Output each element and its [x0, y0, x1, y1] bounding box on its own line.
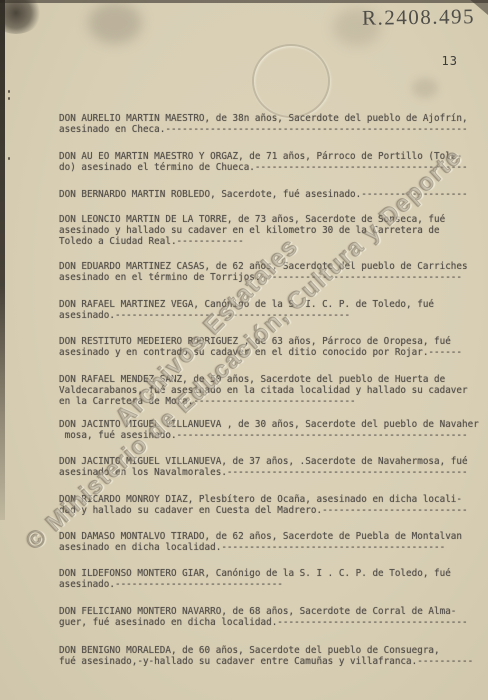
- document-entry: DON AURELIO MARTIN MAESTRO, de 38n años,…: [59, 113, 468, 135]
- document-entry: DON BENIGNO MORALEDA, de 60 años, Sacerd…: [59, 645, 473, 667]
- document-entry: DON ILDEFONSO MONTERO GIAR, Canónigo de …: [59, 568, 451, 590]
- document-entry: DON FELICIANO MONTERO NAVARRO, de 68 año…: [59, 606, 468, 628]
- document-entry: DON DAMASO MONTALVO TIRADO, de 62 años, …: [59, 531, 462, 553]
- scanned-document-page: R.2408.495 13 DON AURELIO MARTIN MAESTRO…: [0, 0, 488, 700]
- document-entry: DON RICARDO MONROY DIAZ, Plesbítero de O…: [59, 494, 468, 516]
- document-entry: DON AU EO MARTIN MAESTRO Y ORGAZ, de 71 …: [59, 151, 468, 173]
